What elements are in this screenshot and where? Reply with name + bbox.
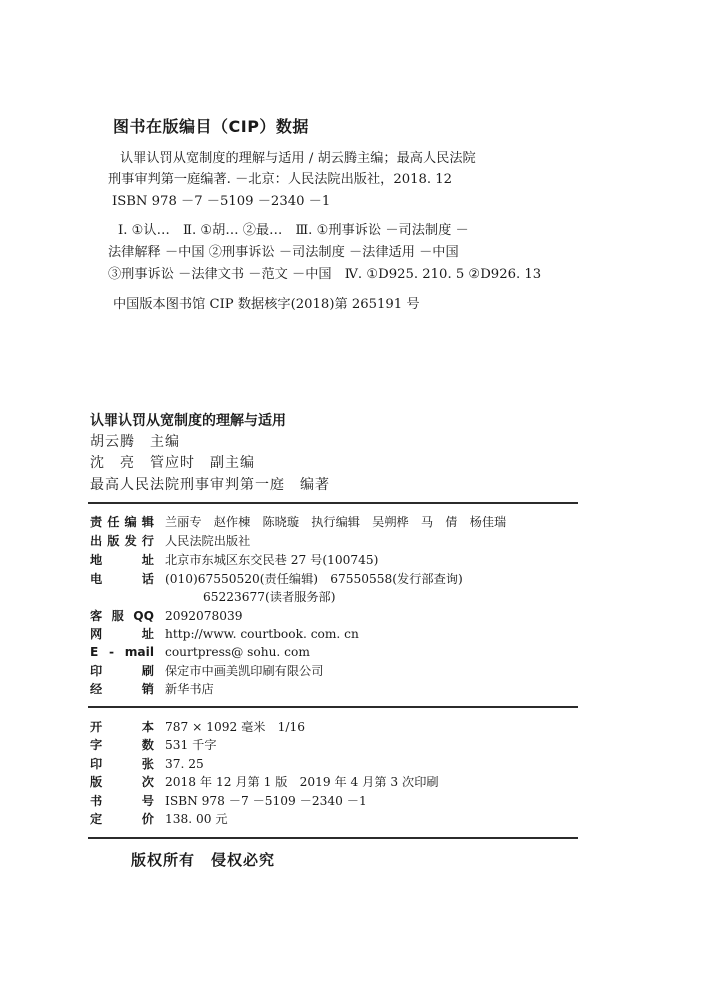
info-value: 人民法院出版社 (165, 533, 250, 549)
info-value: 2092078039 (165, 608, 243, 624)
info-label: E - mail (90, 644, 154, 660)
cip-line: ISBN 978 －7 －5109 －2340 －1 (112, 194, 330, 210)
spec-value: 531 千字 (165, 737, 217, 753)
cip-line: ③刑事诉讼 －法律文书 －范文 －中国 Ⅳ. ①D925. 210. 5 ②D9… (108, 267, 541, 283)
info-row-address: 地址 北京市东城区东交民巷 27 号(100745) (90, 552, 154, 568)
info-row-website: 网址 http://www. courtbook. com. cn (90, 626, 154, 642)
spec-row-sheets: 印张 37. 25 (90, 756, 154, 772)
website-link: http://www. courtbook. com. cn (165, 626, 359, 642)
cip-line: 中国版本图书馆 CIP 数据核字(2018)第 265191 号 (113, 297, 420, 313)
info-row-phone: 电话 (010)67550520(责任编辑) 67550558(发行部查询) (90, 571, 154, 587)
book-title: 认罪认罚从宽制度的理解与适用 (90, 412, 286, 430)
info-row-printer: 印刷 保定市中画美凯印刷有限公司 (90, 663, 154, 679)
spec-row-format: 开本 787 × 1092 毫米 1/16 (90, 719, 154, 735)
info-value: 新华书店 (165, 681, 214, 697)
info-row-distributor: 经销 新华书店 (90, 681, 154, 697)
spec-row-word-count: 字数 531 千字 (90, 737, 154, 753)
info-label: 责任编辑 (90, 514, 154, 530)
spec-row-edition: 版次 2018 年 12 月第 1 版 2019 年 4 月第 3 次印刷 (90, 774, 154, 790)
info-value: (010)67550520(责任编辑) 67550558(发行部查询) (165, 571, 463, 587)
cip-title: 图书在版编目（CIP）数据 (113, 114, 309, 137)
copyright-notice: 版权所有 侵权必究 (131, 849, 275, 870)
info-row-phone-continued: 65223677(读者服务部) (90, 589, 154, 605)
info-label: 网址 (90, 626, 154, 642)
info-row-responsible-editors: 责任编辑 兰丽专 赵作棟 陈晓璇 执行编辑 吴朔桦 马 倩 杨佳瑞 (90, 514, 154, 530)
spec-value: 138. 00 元 (165, 811, 228, 827)
book-compiler: 最高人民法院刑事审判第一庭 编著 (90, 476, 330, 494)
info-value: 保定市中画美凯印刷有限公司 (165, 663, 323, 679)
spec-value: 37. 25 (165, 756, 204, 772)
spec-value: 787 × 1092 毫米 1/16 (165, 719, 305, 735)
spec-value: ISBN 978 －7 －5109 －2340 －1 (165, 793, 367, 809)
info-value: 北京市东城区东交民巷 27 号(100745) (165, 552, 378, 568)
spec-label: 版次 (90, 774, 154, 790)
book-deputy-editors: 沈 亮 管应时 副主编 (90, 454, 255, 472)
info-row-qq: 客服QQ 2092078039 (90, 608, 154, 624)
info-value: 兰丽专 赵作棟 陈晓璇 执行编辑 吴朔桦 马 倩 杨佳瑞 (165, 514, 506, 530)
spec-row-price: 定价 138. 00 元 (90, 811, 154, 827)
spec-label: 字数 (90, 737, 154, 753)
spec-label: 书号 (90, 793, 154, 809)
divider (88, 837, 578, 839)
info-value: 65223677(读者服务部) (203, 589, 335, 605)
book-editor: 胡云腾 主编 (90, 433, 180, 451)
info-label: 地址 (90, 552, 154, 568)
spec-label: 印张 (90, 756, 154, 772)
spec-row-isbn: 书号 ISBN 978 －7 －5109 －2340 －1 (90, 793, 154, 809)
info-row-publisher: 出版发行 人民法院出版社 (90, 533, 154, 549)
spec-label: 开本 (90, 719, 154, 735)
spec-value: 2018 年 12 月第 1 版 2019 年 4 月第 3 次印刷 (165, 774, 439, 790)
cip-line: 法律解释 －中国 ②刑事诉讼 －司法制度 －法律适用 －中国 (108, 245, 459, 261)
divider (88, 706, 578, 708)
email-address: courtpress@ sohu. com (165, 644, 310, 660)
cip-line: Ⅰ. ①认… Ⅱ. ①胡… ②最… Ⅲ. ①刑事诉讼 －司法制度 － (118, 223, 469, 239)
info-label: 电话 (90, 571, 154, 587)
info-label: 客服QQ (90, 608, 154, 624)
info-label: 印刷 (90, 663, 154, 679)
info-label: 经销 (90, 681, 154, 697)
cip-line: 刑事审判第一庭编著. －北京：人民法院出版社，2018. 12 (108, 172, 452, 188)
cip-line: 认罪认罚从宽制度的理解与适用 / 胡云腾主编；最高人民法院 (120, 151, 476, 167)
info-label: 出版发行 (90, 533, 154, 549)
spec-label: 定价 (90, 811, 154, 827)
divider (88, 502, 578, 504)
info-row-email: E - mail courtpress@ sohu. com (90, 644, 154, 660)
